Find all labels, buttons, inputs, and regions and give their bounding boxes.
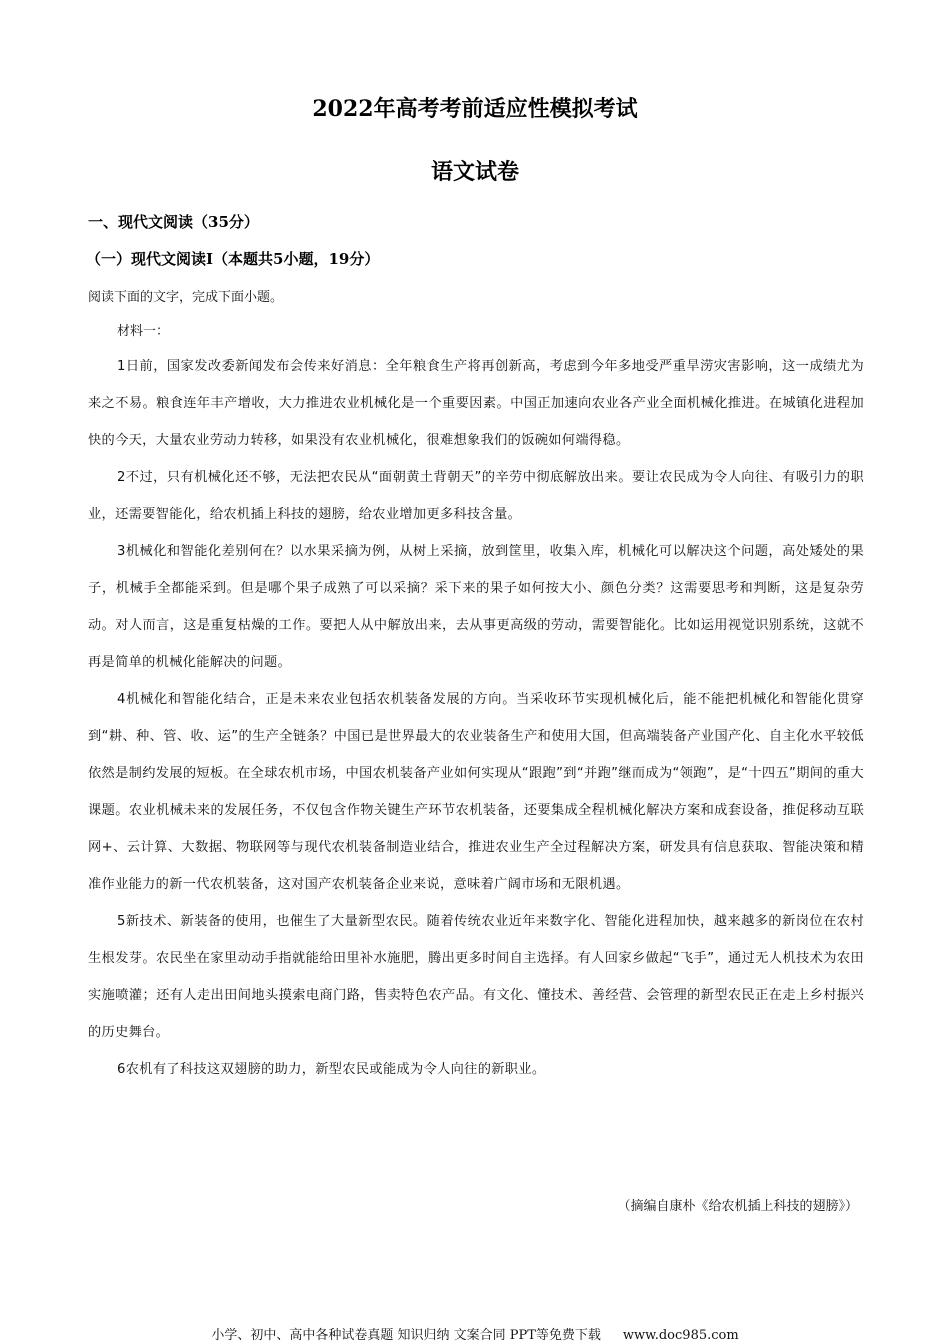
passage-body: 1日前，国家发改委新闻发布会传来好消息：全年粮食生产将再创新高，考虑到今年多地受… (88, 348, 864, 1088)
paragraph-4: 4机械化和智能化结合，正是未来农业包括农机装备发展的方向。当采收环节实现机械化后… (88, 681, 864, 903)
paragraph-5: 5新技术、新装备的使用，也催生了大量新型农民。随着传统农业近年来数字化、智能化进… (88, 903, 864, 1051)
exam-subtitle: 语文试卷 (0, 155, 950, 186)
paragraph-2: 2不过，只有机械化还不够，无法把农民从“面朝黄土背朝天”的辛劳中彻底解放出来。要… (88, 459, 864, 533)
source-citation: （摘编自康朴《给农机插上科技的翅膀》） (617, 1195, 858, 1214)
exam-page: 2022年高考考前适应性模拟考试 语文试卷 一、现代文阅读（35分） （一）现代… (0, 0, 950, 1344)
footer-url-link[interactable]: www.doc985.com (623, 1328, 739, 1343)
section-heading: 一、现代文阅读（35分） (88, 211, 259, 232)
exam-title: 2022年高考考前适应性模拟考试 (0, 92, 950, 123)
paragraph-1: 1日前，国家发改委新闻发布会传来好消息：全年粮食生产将再创新高，考虑到今年多地受… (88, 348, 864, 459)
instruction-text: 阅读下面的文字，完成下面小题。 (88, 286, 283, 305)
paragraph-6: 6农机有了科技这双翅膀的助力，新型农民或能成为令人向往的新职业。 (88, 1051, 864, 1088)
footer-text: 小学、初中、高中各种试卷真题 知识归纳 文案合同 PPT等免费下载 (211, 1328, 601, 1343)
page-footer: 小学、初中、高中各种试卷真题 知识归纳 文案合同 PPT等免费下载www.doc… (0, 1324, 950, 1343)
paragraph-3: 3机械化和智能化差别何在？以水果采摘为例，从树上采摘，放到筐里，收集入库，机械化… (88, 533, 864, 681)
subsection-heading: （一）现代文阅读Ⅰ（本题共5小题，19分） (86, 248, 379, 269)
material-label: 材料一： (117, 320, 169, 339)
